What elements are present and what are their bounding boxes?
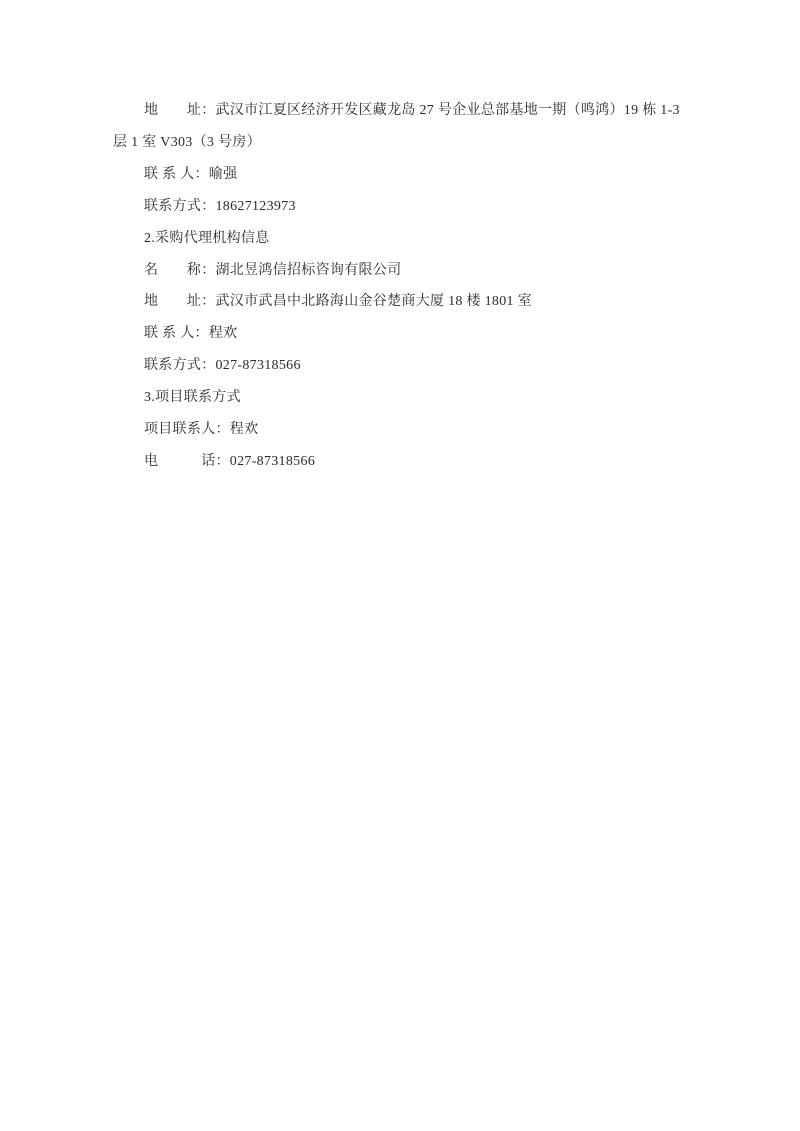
document-page: 地 址：武汉市江夏区经济开发区藏龙岛 27 号企业总部基地一期（鸣鸿）19 栋 … — [0, 0, 800, 1131]
document-text-block: 地 址：武汉市江夏区经济开发区藏龙岛 27 号企业总部基地一期（鸣鸿）19 栋 … — [113, 95, 687, 478]
agency-phone-line: 联系方式：027-87318566 — [113, 350, 687, 382]
project-phone-line: 电 话：027-87318566 — [113, 446, 687, 478]
agency-name-line: 名 称：湖北昱鸿信招标咨询有限公司 — [113, 255, 687, 287]
purchaser-address-line: 地 址：武汉市江夏区经济开发区藏龙岛 27 号企业总部基地一期（鸣鸿）19 栋 … — [113, 95, 687, 127]
purchaser-phone-line: 联系方式：18627123973 — [113, 191, 687, 223]
purchaser-contact-line: 联 系 人：喻强 — [113, 159, 687, 191]
project-contact-line: 项目联系人：程欢 — [113, 414, 687, 446]
section-heading-agency: 2.采购代理机构信息 — [113, 223, 687, 255]
agency-address-line: 地 址：武汉市武昌中北路海山金谷楚商大厦 18 楼 1801 室 — [113, 286, 687, 318]
section-heading-project: 3.项目联系方式 — [113, 382, 687, 414]
agency-contact-line: 联 系 人：程欢 — [113, 318, 687, 350]
purchaser-address-line-wrap: 层 1 室 V303（3 号房） — [113, 127, 687, 159]
